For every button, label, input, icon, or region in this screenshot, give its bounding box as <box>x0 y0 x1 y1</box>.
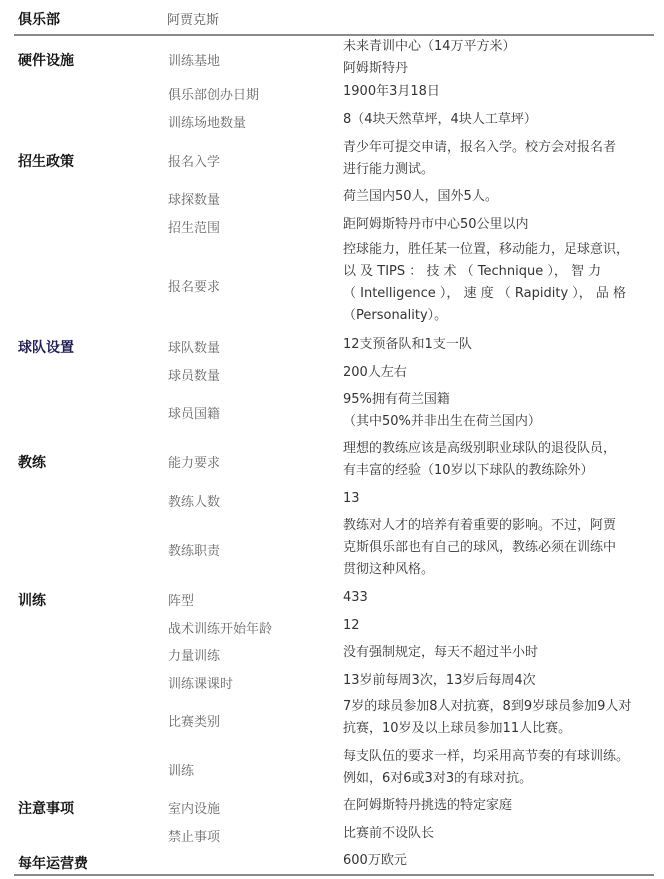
category-training: 训练 <box>18 590 46 610</box>
row-value: 没有强制规定，每天不超过半小时 <box>343 642 659 664</box>
row-label: 教练职责 <box>168 540 220 559</box>
club-name: 阿贾克斯 <box>167 9 219 28</box>
row-label: 力量训练 <box>168 645 220 664</box>
category-hardware: 硬件设施 <box>18 50 74 70</box>
row-value: 1900年3月18日 <box>343 81 659 103</box>
row-label: 球员国籍 <box>168 403 220 422</box>
row-value: 每支队伍的要求一样，均采用高节奏的有球训练。 例如，6对6或3对3的有球对抗。 <box>343 746 659 790</box>
row-label: 球探数量 <box>168 189 220 208</box>
row-value: 理想的教练应该是高级别职业球队的退役队员， 有丰富的经验（10岁以下球队的教练除… <box>343 438 659 482</box>
row-label: 球员数量 <box>168 365 220 384</box>
category-annual-cost: 每年运营费 <box>18 853 88 873</box>
row-value: 600万欧元 <box>343 850 659 872</box>
row-label: 球队数量 <box>168 337 220 356</box>
club-label: 俱乐部 <box>18 9 60 29</box>
row-value: 青少年可提交申请，报名入学。校方会对报名者 进行能力测试。 <box>343 137 659 181</box>
category-coaches: 教练 <box>18 452 46 472</box>
row-label: 阵型 <box>168 590 194 609</box>
row-label: 训练场地数量 <box>168 112 246 131</box>
category-admission: 招生政策 <box>18 151 74 171</box>
row-label: 俱乐部创办日期 <box>168 84 259 103</box>
row-value: 控球能力，胜任某一位置，移动能力，足球意识， 以 及 TIPS ： 技 术 （ … <box>343 239 659 327</box>
row-label: 能力要求 <box>168 452 220 471</box>
row-label: 禁止事项 <box>168 826 220 845</box>
row-label: 训练课课时 <box>168 673 233 692</box>
row-value: 在阿姆斯特丹挑选的特定家庭 <box>343 795 659 817</box>
row-label: 比赛类别 <box>168 711 220 730</box>
row-value: 荷兰国内50人，国外5人。 <box>343 186 659 208</box>
row-label: 报名要求 <box>168 276 220 295</box>
row-value: 距阿姆斯特丹市中心50公里以内 <box>343 214 659 236</box>
row-label: 室内设施 <box>168 798 220 817</box>
row-value: 13岁前每周3次，13岁后每周4次 <box>343 670 659 692</box>
row-value: 12支预备队和1支一队 <box>343 334 659 356</box>
row-value: 433 <box>343 587 659 609</box>
row-value: 13 <box>343 488 659 510</box>
row-label: 训练基地 <box>168 50 220 69</box>
row-value: 7岁的球员参加8人对抗赛，8到9岁球员参加9人对 抗赛，10岁及以上球员参加11… <box>343 696 659 740</box>
row-label: 报名入学 <box>168 151 220 170</box>
row-value: 未来青训中心（14万平方米） 阿姆斯特丹 <box>343 36 659 80</box>
row-value: 8（4块天然草坪，4块人工草坪） <box>343 109 659 131</box>
table-bottom-rule <box>14 874 654 876</box>
row-label: 战术训练开始年龄 <box>168 618 272 637</box>
row-value: 200人左右 <box>343 362 659 384</box>
row-label: 训练 <box>168 760 194 779</box>
category-teams: 球队设置 <box>18 337 74 357</box>
row-label: 招生范围 <box>168 217 220 236</box>
row-value: 12 <box>343 615 659 637</box>
row-value: 比赛前不设队长 <box>343 823 659 845</box>
row-value: 教练对人才的培养有着重要的影响。不过，阿贾 克斯俱乐部也有自己的球风，教练必须在… <box>343 515 659 581</box>
category-notes: 注意事项 <box>18 798 74 818</box>
table-header-row: 俱乐部 阿贾克斯 <box>14 0 654 36</box>
row-label: 教练人数 <box>168 491 220 510</box>
row-value: 95%拥有荷兰国籍 （其中50%并非出生在荷兰国内） <box>343 389 659 433</box>
